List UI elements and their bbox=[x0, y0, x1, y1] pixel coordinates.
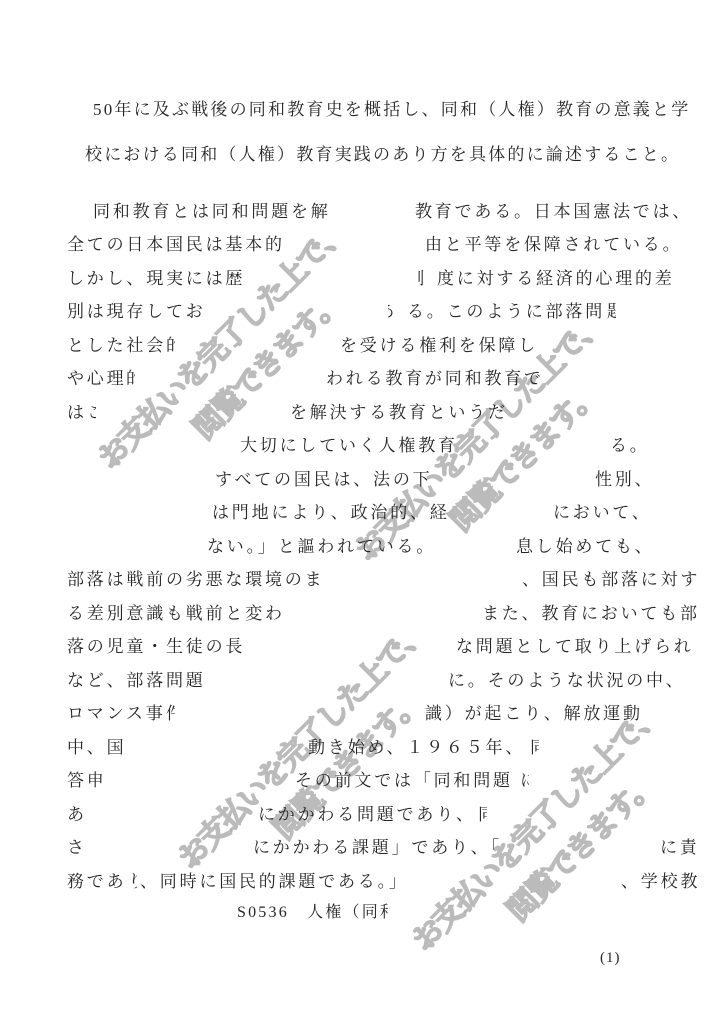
text-line: や心理的われる教育が同和教育で bbox=[0, 364, 724, 390]
text-line: 全ての日本国民は基本的由と平等を保障されている。 bbox=[0, 230, 724, 256]
text-segment: すべての国民は、法の下 bbox=[215, 465, 432, 490]
text-segment: に責 bbox=[660, 833, 700, 858]
text-segment: 由と平等を保障されている。 bbox=[425, 230, 682, 255]
text-line: ロマンス事件識）が起こり、解放運動 bbox=[0, 699, 724, 725]
text-segment: あ bbox=[67, 800, 87, 825]
text-segment: において、 bbox=[553, 498, 652, 523]
text-segment: や心理 bbox=[67, 364, 126, 389]
partially-obscured-glyph: 的 bbox=[126, 364, 135, 389]
text-segment: われる教育が同和教育で bbox=[326, 364, 544, 389]
text-segment: 全ての日本国民は基本的 bbox=[67, 230, 285, 255]
text-segment: 動き始め、１９６５年、 bbox=[308, 733, 525, 758]
partially-obscured-glyph: こ bbox=[87, 398, 96, 423]
document-page: お支払いを完了した上で、閲覧できます。お支払いを完了した上で、閲覧できます。お支… bbox=[0, 0, 724, 1024]
assignment-title-line-1: 50年に及ぶ戦後の同和教育史を概括し、同和（人権）教育の意義と学 bbox=[93, 95, 690, 120]
text-segment: 、学校教 bbox=[621, 867, 700, 892]
text-segment: 大切にしていく人権教育 bbox=[240, 431, 458, 456]
text-segment: 、国民も部落に対す bbox=[522, 565, 700, 590]
text-line: 答申その前文では「同和問題に bbox=[0, 766, 724, 792]
partially-obscured-glyph: 題 bbox=[607, 297, 616, 322]
text-segment: にかかわる課題」であり、「 bbox=[253, 833, 502, 858]
text-line: は門地により、政治的、経において、 bbox=[0, 498, 724, 524]
text-line: あにかかわる問題であり、同 bbox=[0, 800, 724, 826]
text-segment: は bbox=[67, 398, 87, 423]
footer-cut-glyph: 和 bbox=[380, 899, 388, 922]
page-number: (1) bbox=[600, 950, 621, 967]
text-segment: その前文では「同和問題 bbox=[295, 766, 513, 791]
text-line: しかし、現実には歴制度に対する経済的心理的差 bbox=[0, 264, 724, 290]
text-segment: にかかわる問題であり、 bbox=[258, 800, 476, 825]
assignment-title-line-2: 校における同和（人権）教育実践のあり方を具体的に論述すること。 bbox=[85, 140, 680, 165]
text-segment: とした社会 bbox=[67, 331, 166, 356]
text-line: 務であり、同時に国民的課題である。」、学校教 bbox=[0, 867, 724, 893]
text-line: ない。」と謳われている。息し始めても、 bbox=[0, 532, 724, 558]
text-line: 中、国動き始め、１９６５年、同 bbox=[0, 733, 724, 759]
text-segment: 同和教育とは同和問題を解 bbox=[93, 197, 331, 222]
text-segment: な問題として取り上げられ bbox=[456, 632, 694, 657]
text-segment: る。 bbox=[610, 431, 650, 456]
text-segment: 息し始めても、 bbox=[516, 532, 655, 557]
footer-course-code: S0536 人権（同和 bbox=[237, 899, 388, 922]
text-line: 部落は戦前の劣悪な環境のま、国民も部落に対す bbox=[0, 565, 724, 591]
text-line: 大切にしていく人権教育る。 bbox=[0, 431, 724, 457]
partially-obscured-glyph: 制 bbox=[418, 264, 427, 289]
text-segment: を受ける権利を保障し bbox=[340, 331, 538, 356]
text-line: さにかかわる課題」であり、「に責 bbox=[0, 833, 724, 859]
partially-obscured-glyph: り bbox=[128, 867, 137, 892]
text-segment: さ bbox=[67, 833, 87, 858]
text-segment: 務であ bbox=[67, 867, 126, 892]
text-line: とした社会的を受ける権利を保障し bbox=[0, 331, 724, 357]
partially-obscured-glyph: 同 bbox=[530, 733, 539, 758]
text-line: る差別意識も戦前と変わまた、教育においても部 bbox=[0, 599, 724, 625]
text-line: すべての国民は、法の下性別、 bbox=[0, 465, 724, 491]
text-line: 別は現存しておある。このように部落問題 bbox=[0, 297, 724, 323]
partially-obscured-glyph: 的 bbox=[166, 331, 175, 356]
text-segment: 答申 bbox=[67, 766, 107, 791]
text-segment: 、同時に国民的課題である。」 bbox=[140, 867, 409, 892]
text-segment: を解決する教育というだ bbox=[290, 398, 508, 423]
text-segment: など、部落問題 bbox=[67, 666, 206, 691]
text-line: など、部落問題に。そのような状況の中、 bbox=[0, 666, 724, 692]
text-segment: しかし、現実には歴 bbox=[67, 264, 245, 289]
text-segment: ない。」と謳われている。 bbox=[207, 532, 436, 557]
text-segment: 部落は戦前の劣悪な環境のま bbox=[67, 565, 324, 590]
text-segment: 度に対する経済的心理的差 bbox=[437, 264, 675, 289]
text-segment: は門地により、政治的、経 bbox=[212, 498, 450, 523]
text-segment: 落の児童・生徒の長 bbox=[67, 632, 245, 657]
partially-obscured-glyph: 同 bbox=[478, 800, 487, 825]
text-segment: る差別意識も戦前と変わ bbox=[67, 599, 285, 624]
text-line: はこを解決する教育というだ bbox=[0, 398, 724, 424]
text-segment: 教育である。日本国憲法では、 bbox=[415, 197, 692, 222]
text-segment: ロマンス事 bbox=[67, 699, 166, 724]
text-segment: 性別、 bbox=[595, 465, 654, 490]
text-segment: に。そのような状況の中、 bbox=[448, 666, 686, 691]
text-line: 同和教育とは同和問題を解教育である。日本国憲法では、 bbox=[0, 197, 724, 223]
text-segment: る。このように部落問 bbox=[407, 297, 605, 322]
text-segment: また、教育においても部 bbox=[482, 599, 700, 624]
text-segment: 識）が起こり、解放運動 bbox=[425, 699, 643, 724]
partially-obscured-glyph: あ bbox=[388, 297, 397, 322]
text-segment: 別は現存してお bbox=[67, 297, 206, 322]
footer-course-code-text: S0536 人権（同 bbox=[237, 904, 380, 921]
text-segment: 中、国 bbox=[67, 733, 126, 758]
text-line: 落の児童・生徒の長な問題として取り上げられ bbox=[0, 632, 724, 658]
partially-obscured-glyph: に bbox=[520, 766, 529, 791]
partially-obscured-glyph: 件 bbox=[166, 699, 175, 724]
